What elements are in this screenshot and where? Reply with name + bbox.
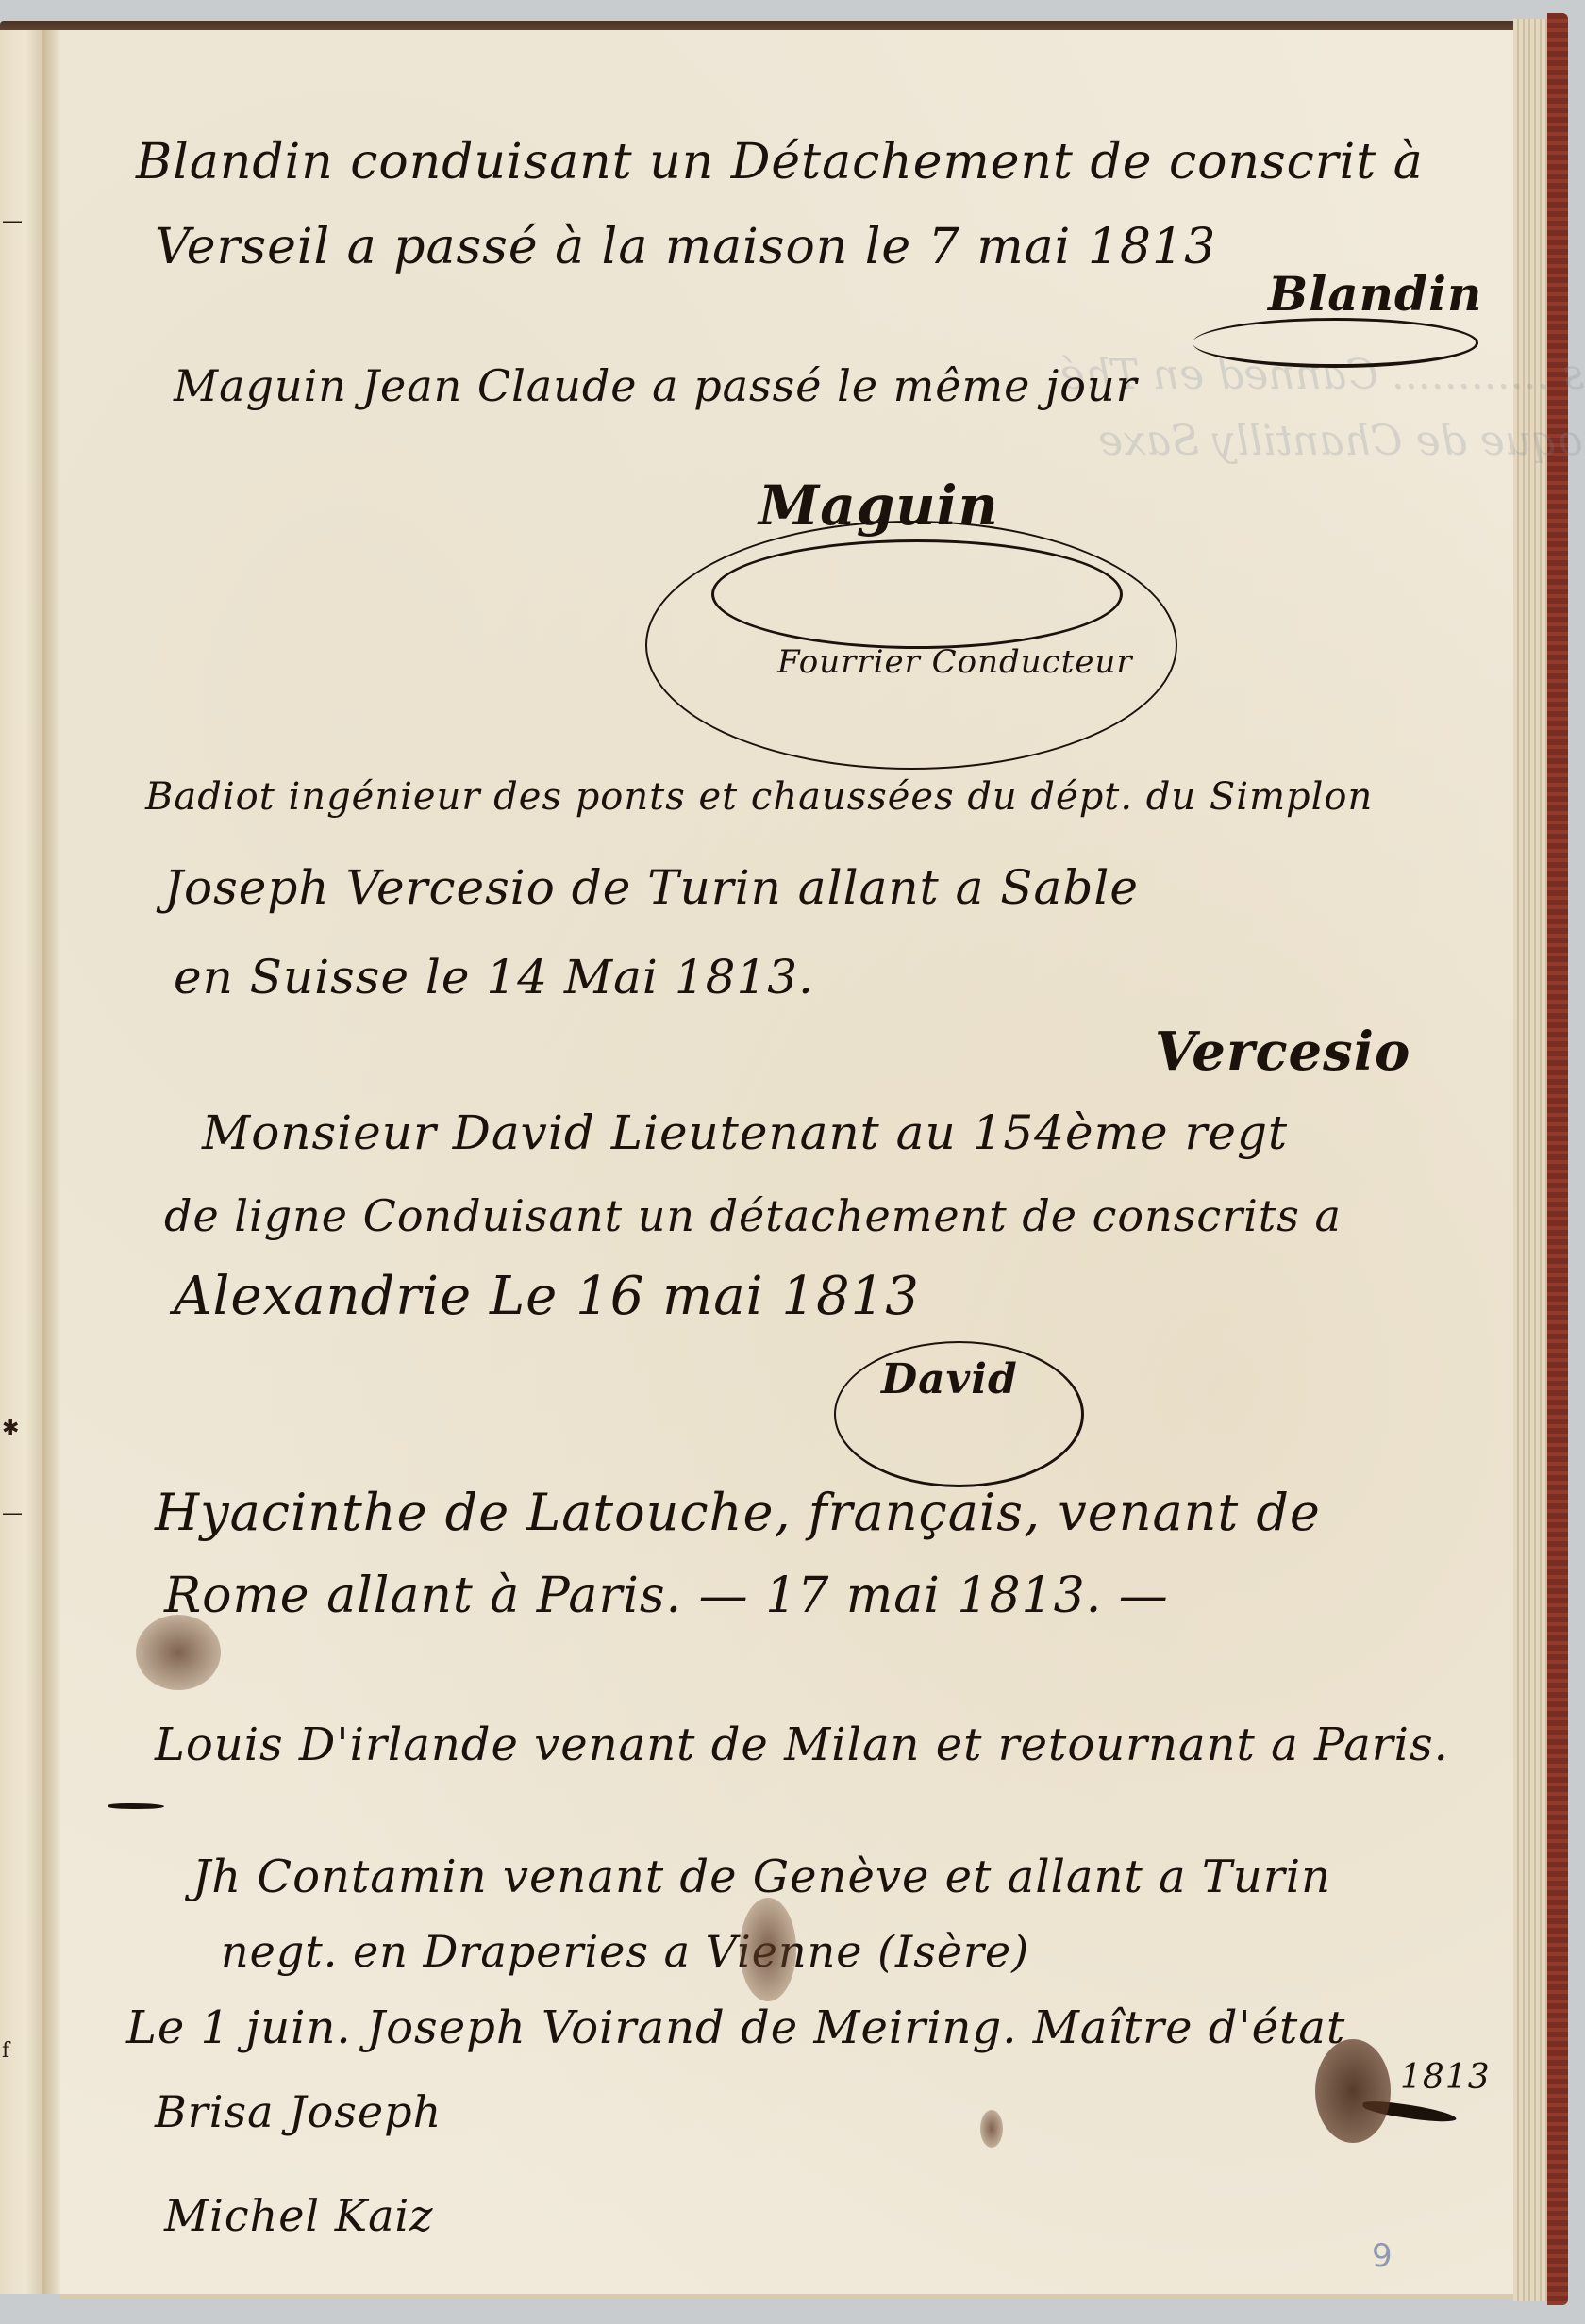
signature-flourish (711, 539, 1123, 649)
signature-maguin-title: Fourrier Conducteur (777, 643, 1133, 681)
entry-latouche-line-2: Rome allant à Paris. — 17 mai 1813. — (164, 1568, 1169, 1624)
entry-david-line-2: de ligne Conduisant un détachement de co… (164, 1190, 1342, 1241)
signature-michel: Michel Kaiz (164, 2190, 434, 2241)
ink-stain (980, 2110, 1003, 2148)
entry-dirlande-line-1: Louis D'irlande venant de Milan et retou… (155, 1718, 1449, 1771)
facing-page-edge: — ✱ — f (0, 30, 43, 2294)
facing-page-mark: — (2, 1502, 23, 1525)
entry-david-line-1: Monsieur David Lieutenant au 154ème regt (202, 1105, 1288, 1160)
manuscript-page: Charles ............ Canned en Thé loque… (60, 30, 1513, 2299)
facing-page-mark: — (2, 209, 23, 233)
entry-contamin-line-1: Jh Contamin venant de Genève et allant a… (192, 1851, 1331, 1903)
ink-stain (1315, 2039, 1391, 2143)
entry-david-line-3: Alexandrie Le 16 mai 1813 (174, 1266, 920, 1327)
facing-page-mark: ✱ (2, 1417, 19, 1440)
entry-vercesio-line-1: Badiot ingénieur des ponts et chaussées … (145, 775, 1373, 819)
bleed-through-text: loque de Chantilly Saxe (1098, 417, 1585, 465)
entry-contamin-line-2: negt. en Draperies a Vienne (Isère) (221, 1926, 1029, 1977)
entry-voirand-line-1: Le 1 juin. Joseph Voirand de Meiring. Ma… (126, 2001, 1345, 2054)
entry-vercesio-line-3: en Suisse le 14 Mai 1813. (174, 950, 814, 1004)
entry-vercesio-line-2: Joseph Vercesio de Turin allant a Sable (164, 860, 1139, 915)
signature-flourish (1193, 318, 1478, 368)
book-gutter (42, 30, 60, 2294)
signature-vercesio: Vercesio (1155, 1021, 1410, 1083)
signature-flourish (834, 1341, 1084, 1487)
signature-blandin: Blandin (1268, 266, 1482, 322)
ink-dash (108, 1803, 164, 1809)
entry-latouche-line-1: Hyacinthe de Latouche, français, venant … (155, 1483, 1321, 1542)
entry-blandin-line-2: Verseil a passé à la maison le 7 mai 181… (155, 219, 1216, 275)
entry-voirand-margin-year: 1813 (1400, 2058, 1491, 2097)
ink-stain (740, 1898, 796, 2001)
signature-brisa: Brisa Joseph (155, 2086, 442, 2137)
ink-stain (136, 1615, 221, 1690)
entry-blandin-line-1: Blandin conduisant un Détachement de con… (136, 134, 1424, 191)
facing-page-mark: f (2, 2039, 9, 2063)
page-number: 9 (1372, 2237, 1393, 2275)
entry-maguin-line-1: Maguin Jean Claude a passé le même jour (174, 360, 1138, 411)
